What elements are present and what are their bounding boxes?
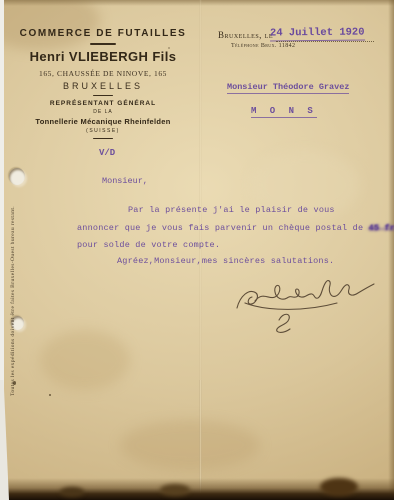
- edge-printed-note: Toutes les expéditions doivent être fait…: [10, 184, 16, 396]
- letterhead-rule: [93, 138, 113, 139]
- letterhead-trade: COMMERCE DE FUTAILLES: [14, 28, 192, 39]
- letterhead: COMMERCE DE FUTAILLES Henri VLIEBERGH Fi…: [14, 28, 192, 143]
- paper-right-edge: [388, 0, 394, 500]
- punch-hole: [9, 168, 25, 185]
- bottom-stain: [320, 478, 358, 496]
- date-ruling-line: [276, 41, 374, 42]
- letterhead-address: 165, CHAUSSÉE DE NINOVE, 165: [14, 69, 192, 78]
- smudged-amount: 45 frs: [369, 223, 394, 233]
- recipient-name: Monsieur Théodore Gravez: [227, 82, 349, 94]
- salutation: Monsieur,: [102, 176, 148, 186]
- letterhead-rule: [93, 95, 113, 96]
- letterhead-name: Henri VLIEBERGH Fils: [14, 49, 192, 64]
- body-line-text: annoncer que je vous fais parvenir un ch…: [77, 223, 369, 233]
- bottom-stain: [60, 487, 84, 497]
- printed-phone-number: Téléphone Brux. 11842: [231, 43, 295, 49]
- letterhead-country: (SUISSE): [14, 128, 192, 134]
- letterhead-role: REPRÉSENTANT GÉNÉRAL: [14, 100, 192, 107]
- reference-initials: V/D: [99, 148, 115, 158]
- paper-speck: [49, 394, 51, 396]
- body-line: annoncer que je vous fais parvenir un ch…: [77, 223, 394, 233]
- body-line: pour solde de votre compte.: [77, 240, 220, 250]
- letterhead-rule: [90, 43, 116, 45]
- letterhead-role-of: DE LA: [14, 109, 192, 115]
- paper-top-edge: [0, 0, 394, 6]
- recipient-city: M O N S: [251, 106, 317, 118]
- letterhead-city: BRUXELLES: [14, 81, 192, 91]
- typed-date: 24 Juillet 1920: [270, 27, 365, 42]
- scanned-letter: COMMERCE DE FUTAILLES Henri VLIEBERGH Fi…: [0, 0, 394, 500]
- body-line: Par la présente j'ai le plaisir de vous: [128, 205, 335, 215]
- printed-place-label: Bruxelles, le: [218, 30, 273, 40]
- signature-handwriting: [233, 276, 378, 338]
- letterhead-company: Tonnellerie Mécanique Rheinfelden: [14, 117, 192, 126]
- closing-line: Agréez,Monsieur,mes sincères salutations…: [117, 256, 334, 266]
- bottom-stain: [160, 484, 190, 496]
